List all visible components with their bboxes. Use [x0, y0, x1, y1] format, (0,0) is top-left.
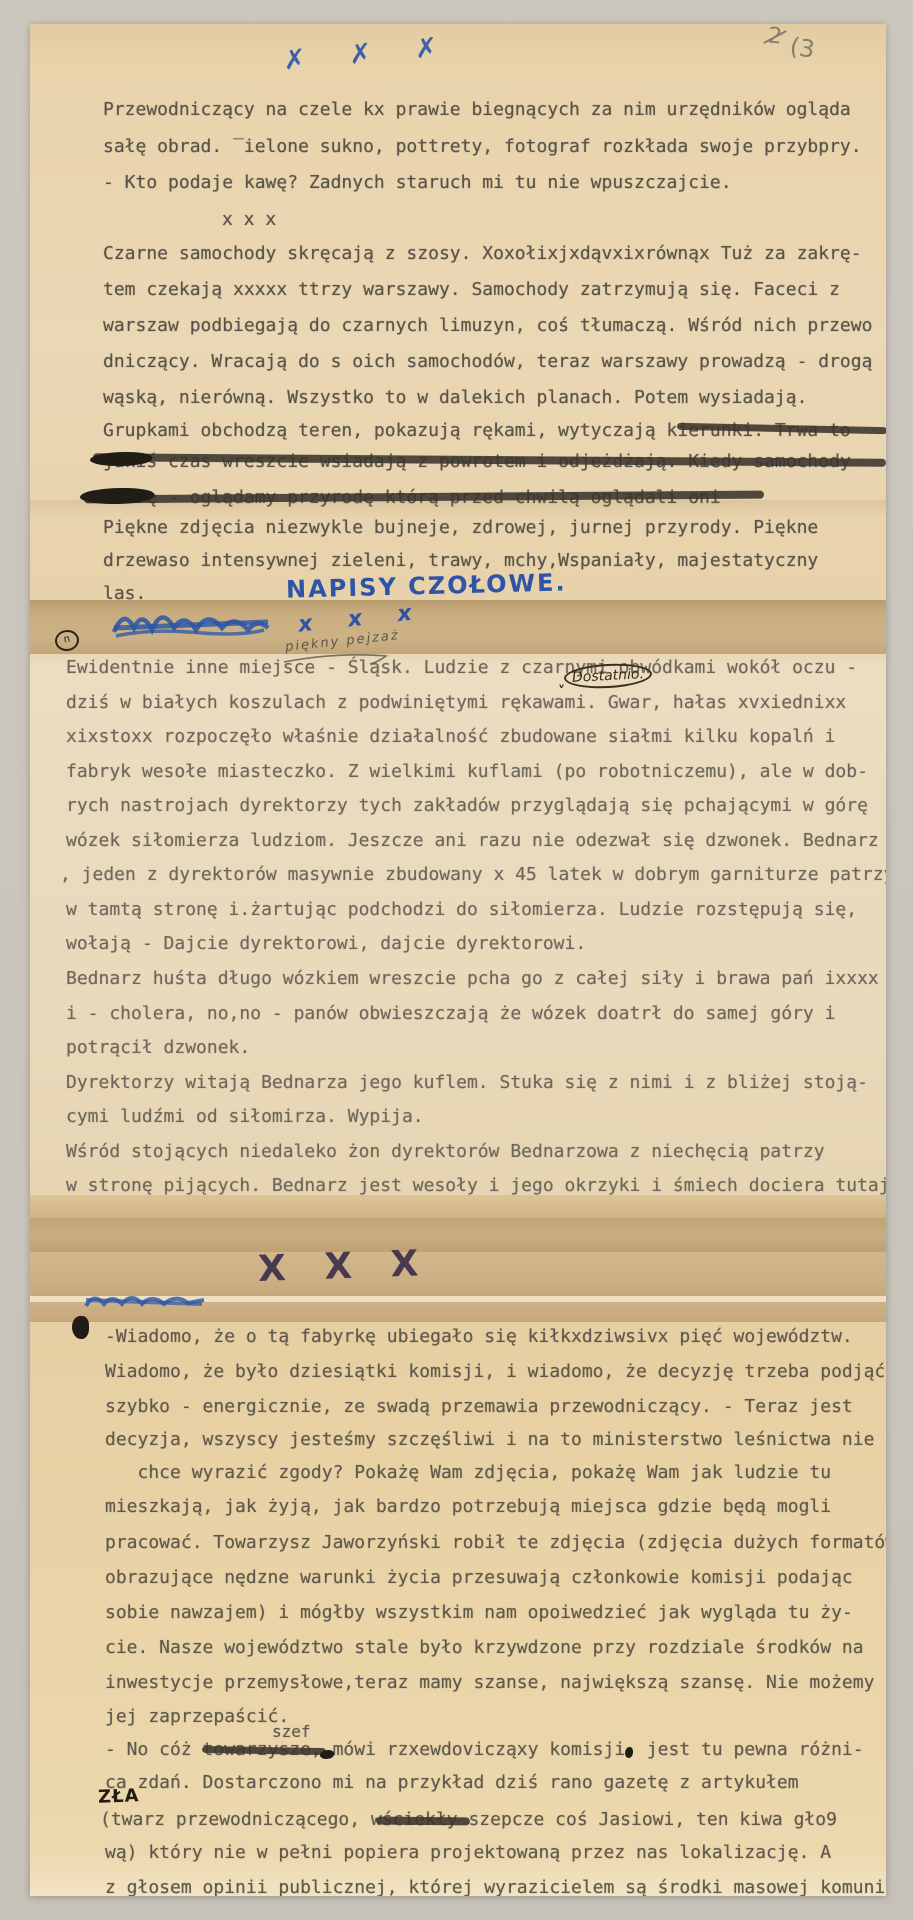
typed-line: wąską, nierówną. Wszystko to w dalekich … — [103, 388, 807, 408]
typed-line: potrącił dzwonek. — [66, 1038, 250, 1058]
typed-line: warszaw podbiegają do czarnych limuzyn, … — [103, 316, 872, 336]
typed-line: Piękne zdjęcia niezwykle bujneje, zdrowe… — [103, 518, 818, 538]
typed-line: las. — [103, 584, 146, 604]
document-paper: 2 (3 ✗ ✗ ✗ Przewodniczący na czele kx pr… — [30, 24, 886, 1896]
typed-line: fabryk wesołe miasteczko. Z wielkimi kuf… — [66, 762, 868, 782]
typed-line: xixstoxx rozpoczęło właśnie działalność … — [66, 727, 835, 747]
pen-scribble — [84, 1290, 209, 1312]
typed-line: dziś w białych koszulach z podwiniętymi … — [66, 693, 846, 713]
typed-line: rych nastrojach dyrektorzy tych zakładów… — [66, 796, 868, 816]
typed-line: drzewaso intensywnej zieleni, trawy, mch… — [103, 551, 818, 571]
pencil-page-number-new: (3 — [788, 32, 817, 64]
typed-section-divider: x x x — [222, 210, 276, 230]
typed-line: Bednarz huśta długo wózkiem wreszcie pch… — [66, 969, 879, 989]
typed-line: wą) który nie w pełni popiera projektowa… — [105, 1843, 831, 1863]
typed-line: Wśród stojących niedaleko żon dyrektorów… — [66, 1142, 825, 1162]
typed-line: Czarne samochody skręcają z szosy. Xoxoł… — [103, 244, 862, 264]
typed-line: dniczący. Wracają do s oich samochodów, … — [103, 352, 872, 372]
insertion-caret: ˅ — [558, 684, 565, 700]
typed-line: Wiadomo, że było dziesiątki komisji, i w… — [105, 1362, 885, 1382]
typed-line: wołają - Dajcie dyrektorowi, dajcie dyre… — [66, 934, 586, 954]
typed-line: , jeden z dyrektorów masywnie zbudowany … — [60, 865, 886, 885]
typed-line: - Kto podaje kawę? Zadnych staruch mi tu… — [103, 173, 732, 193]
typed-line: cie. Nasze województwo stale było krzywd… — [105, 1638, 864, 1658]
typed-line: ca zdań. Dostarczono mi na przykład dziś… — [105, 1773, 799, 1793]
typed-line: i - cholera, no,no - panów obwieszczają … — [66, 1004, 835, 1024]
typed-line: cymi ludźmi od siłomirza. Wypija. — [66, 1107, 424, 1127]
typed-line: wózek siłomierza ludziom. Jeszcze ani ra… — [66, 831, 879, 851]
typed-line: sałę obrad. ‾ielone sukno, pottrety, fot… — [103, 137, 862, 157]
tape-seam-2-strip-a — [30, 1218, 886, 1252]
pen-scribble — [112, 606, 272, 640]
typed-line: mieszkają, jak żyją, jak bardzo potrzebu… — [105, 1497, 831, 1517]
typed-line: z głosem opinii publicznej, której wyraz… — [105, 1878, 886, 1896]
handwritten-note-zla: ZŁA — [98, 1785, 140, 1807]
typed-line: sobie nawzajem) i mógłby wszystkim nam o… — [105, 1603, 853, 1623]
marker-cross-marks: X X X — [257, 1243, 432, 1290]
typed-line: Przewodniczący na czele kx prawie biegną… — [103, 100, 851, 120]
typed-line: -Wiadomo, że o tą fabyrkę ubiegało się k… — [105, 1327, 853, 1347]
typed-line: tem czekają xxxxx ttrzy warszawy. Samoch… — [103, 280, 840, 300]
typed-line: Ewidentnie inne miejsce - Śląsk. Ludzie … — [66, 658, 857, 678]
typed-line: Dyrektorzy witają Bednarza jego kuflem. … — [66, 1073, 868, 1093]
typed-line: inwestycje przemysłowe,teraz mamy szanse… — [105, 1673, 874, 1693]
typed-line: chce wyrazić zgody? Pokażę Wam zdjęcia, … — [105, 1463, 831, 1483]
typed-insert-szef: szef — [272, 1722, 311, 1742]
typed-line: w tamtą stronę i.żartując podchodzi do s… — [66, 900, 857, 920]
ink-margin-mark — [72, 1316, 89, 1339]
scan-background: { "page_marks": { "crossed_page_number":… — [0, 0, 913, 1920]
typed-line: w stronę pijących. Bednarz jest wesoły i… — [66, 1176, 886, 1196]
typed-line: jej zaprzepaścić. — [105, 1707, 289, 1727]
typed-line: decyzja, wszyscy jesteśmy szczęśliwi i n… — [105, 1430, 874, 1450]
ink-strikethrough-word — [376, 1817, 470, 1826]
typed-line: szybko - energicznie, ze swadą przemawia… — [105, 1397, 853, 1417]
typed-line: obrazujące nędzne warunki życia przesuwa… — [105, 1568, 853, 1588]
typed-line: pracować. Towarzysz Jaworzyński robił te… — [105, 1533, 886, 1553]
tape-seam-2-fold — [30, 1195, 886, 1218]
